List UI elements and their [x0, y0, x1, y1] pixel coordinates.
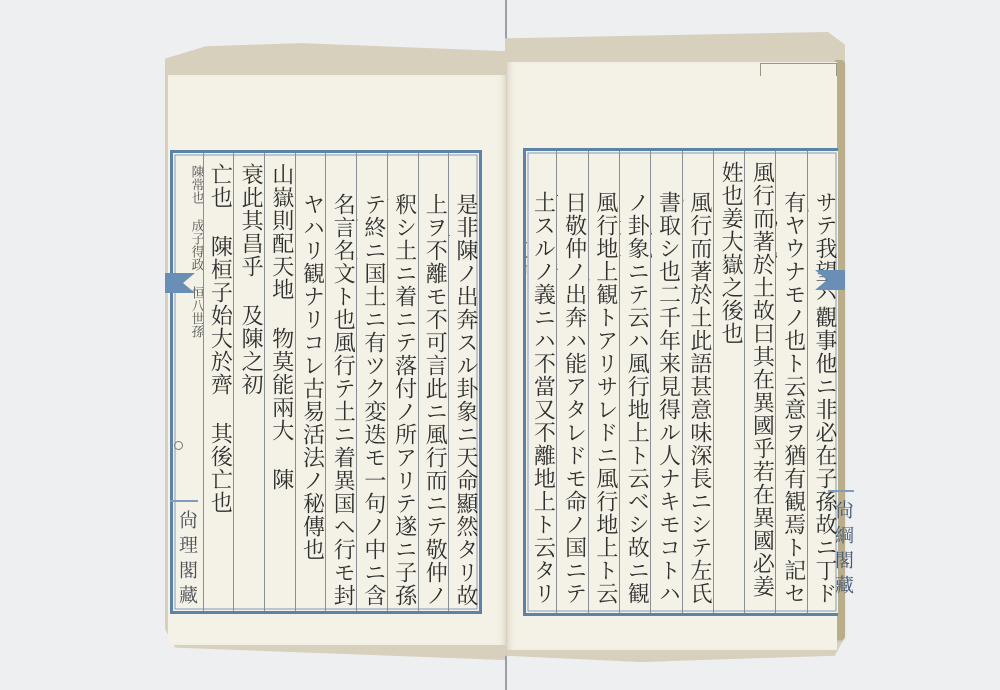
text-column: 釈シ土ニ着ニテ落付ノ所アリテ遂ニ子孫封土ヲ得 [387, 153, 418, 611]
text-column: 亡也 陳桓子始大於齊 其後亡也 [203, 153, 234, 611]
text-column: 有ヤウナモノ也ト云意ヲ猶有観焉ト記セシ妙也 [775, 151, 806, 613]
text-column: 土スルノ義ニハ不當又不離地上ト云タリシモ敬仲ハ [526, 151, 556, 613]
circle-mark-icon [174, 441, 183, 450]
right-margin-label: 尙綱閣藏 [828, 490, 854, 600]
text-column: 上ヲ不離モ不可言此ニ風行而ニテ敬仲ノ出奔ヲ [418, 153, 449, 611]
left-page-frame: 是非陳ノ出奔スル卦象ニ天命顯然タリ故ニ地 上ヲ不離モ不可言此ニ風行而ニテ敬仲ノ出… [170, 150, 482, 614]
text-column: 衰此其昌乎 及陳之初 [233, 153, 264, 611]
text-column: 姓也姜大嶽之後也 [713, 151, 744, 613]
text-column: 是非陳ノ出奔スル卦象ニ天命顯然タリ故ニ地 [448, 153, 479, 611]
text-column: 名言名文ト也風行テ土ニ着異国ヘ行モ封ハ [325, 153, 356, 611]
text-column: 風行而著於土此語甚意味深長ニシテ左氏妙ニ [682, 151, 713, 613]
page-stack-edge [760, 63, 837, 76]
text-column: 風行而著於土故曰其在異國乎若在異國必姜 [744, 151, 775, 613]
text-column: ノ卦象ニテ云ハ風行地上ト云ベシ故ニ観ノ大象ハ [619, 151, 650, 613]
left-margin-label: 尙理閣藏 [170, 500, 198, 610]
right-page-frame: サテ我望ハ觀事他ニ非必在子孫故ニ丁ド觀ト 有ヤウナモノ也ト云意ヲ猶有観焉ト記セシ… [523, 148, 838, 616]
text-column: 山嶽則配天地 物莫能兩大 陳 [264, 153, 295, 611]
text-column: テ終ニ国土ニ有ツク変迭モ一句ノ中ニ含ンデ釈セシ [356, 153, 387, 611]
text-column: 日敬仲ノ出奔ハ能アタレドモ命ノ国ニテ有ツキ着 [556, 151, 587, 613]
text-column: 風行地上観トアリサレドニ風行地上ト云トキハ後 [588, 151, 619, 613]
text-column: 書取シ也二千年来見得ル人ナキモコトハリ也観 [650, 151, 681, 613]
text-column: ヤハリ観ナリコレ古易活法ノ秘傳也 [295, 153, 326, 611]
